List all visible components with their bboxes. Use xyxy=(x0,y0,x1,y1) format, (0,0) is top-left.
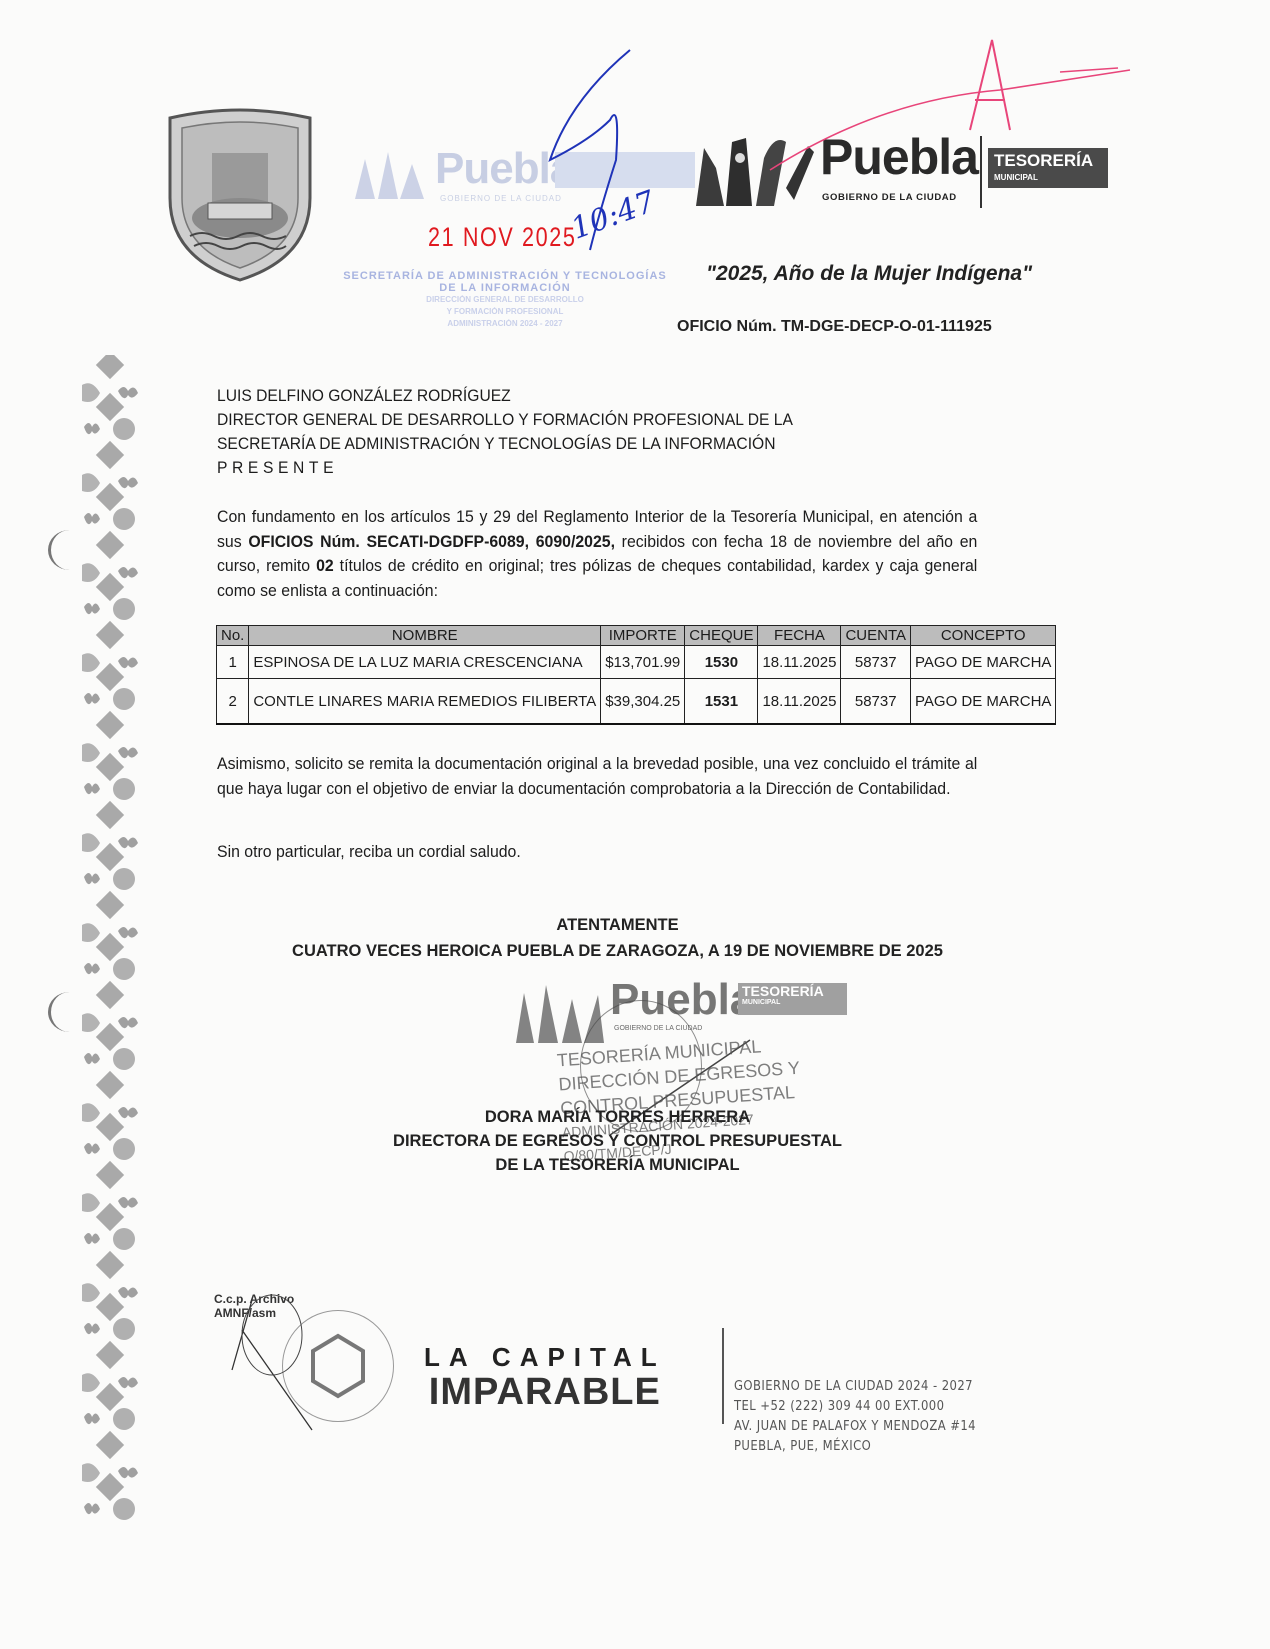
presente-label: PRESENTE xyxy=(217,456,879,480)
footer-divider xyxy=(722,1328,724,1424)
col-no: No. xyxy=(217,626,249,646)
city-date-line: CUATRO VECES HEROICA PUEBLA DE ZARAGOZA,… xyxy=(0,942,1235,961)
amount: 39,304.25 xyxy=(614,693,681,710)
oficios-reference: OFICIOS Núm. SECATI-DGDFP-6089, 6090/202… xyxy=(248,533,615,551)
cell-fecha: 18.11.2025 xyxy=(758,646,841,679)
contact-address: AV. JUAN DE PALAFOX Y MENDOZA #14 xyxy=(734,1416,976,1436)
cell-cuenta: 58737 xyxy=(841,646,911,679)
municipal-label: MUNICIPAL xyxy=(742,999,847,1006)
cell-no: 1 xyxy=(217,646,249,679)
titles-count: 02 xyxy=(316,557,334,575)
amount: 13,701.99 xyxy=(614,654,681,671)
binder-hole xyxy=(48,530,91,570)
table-header-row: No. NOMBRE IMPORTE CHEQUE FECHA CUENTA C… xyxy=(217,626,1056,646)
signer-department: DE LA TESORERÍA MUNICIPAL xyxy=(0,1156,1235,1175)
cell-concepto: PAGO DE MARCHA xyxy=(911,679,1056,725)
currency-symbol: $ xyxy=(605,693,613,710)
year-motto: "2025, Año de la Mujer Indígena" xyxy=(706,262,1032,286)
currency-symbol: $ xyxy=(605,654,613,671)
col-cuenta: CUENTA xyxy=(841,626,911,646)
cell-nombre: CONTLE LINARES MARIA REMEDIOS FILIBERTA xyxy=(249,679,601,725)
slogan-line1: LA CAPITAL xyxy=(424,1342,666,1373)
cell-nombre: ESPINOSA DE LA LUZ MARIA CRESCENCIANA xyxy=(249,646,601,679)
atentamente-label: ATENTAMENTE xyxy=(0,916,1235,935)
pink-initial-ink xyxy=(760,30,1140,180)
slogan-line2: IMPARABLE xyxy=(424,1373,666,1411)
addressee-title-line1: DIRECTOR GENERAL DE DESARROLLO Y FORMACI… xyxy=(217,408,879,432)
signer-role: DIRECTORA DE EGRESOS Y CONTROL PRESUPUES… xyxy=(0,1132,1235,1151)
faint-stamp-line: DE LA INFORMACIÓN xyxy=(330,282,680,294)
faint-stamp-line: ADMINISTRACIÓN 2024 - 2027 xyxy=(330,318,680,330)
signer-name: DORA MARÍA TORRES HERRERA xyxy=(0,1108,1235,1127)
footer-initials-ink xyxy=(212,1290,322,1440)
sig-tesoreria-badge: TESORERÍAMUNICIPAL xyxy=(738,983,847,1015)
col-importe: IMPORTE xyxy=(601,626,685,646)
binder-hole xyxy=(48,992,91,1032)
faint-stamp-line: SECRETARÍA DE ADMINISTRACIÓN Y TECNOLOGÍ… xyxy=(330,270,680,282)
contact-phone: TEL +52 (222) 309 44 00 EXT.000 xyxy=(734,1396,976,1416)
col-fecha: FECHA xyxy=(758,626,841,646)
cell-concepto: PAGO DE MARCHA xyxy=(911,646,1056,679)
city-emblem-icon xyxy=(350,144,430,204)
contact-line: GOBIERNO DE LA CIUDAD 2024 - 2027 xyxy=(734,1376,976,1396)
received-date-stamp: 21 NOV 2025 xyxy=(428,222,576,253)
addressee-block: LUIS DELFINO GONZÁLEZ RODRÍGUEZ DIRECTOR… xyxy=(217,384,879,480)
main-logo-subtitle: GOBIERNO DE LA CIUDAD xyxy=(822,192,957,203)
table-row: 2 CONTLE LINARES MARIA REMEDIOS FILIBERT… xyxy=(217,679,1056,725)
col-concepto: CONCEPTO xyxy=(911,626,1056,646)
table-row: 1 ESPINOSA DE LA LUZ MARIA CRESCENCIANA … xyxy=(217,646,1056,679)
addressee-name: LUIS DELFINO GONZÁLEZ RODRÍGUEZ xyxy=(217,384,879,408)
contact-block: GOBIERNO DE LA CIUDAD 2024 - 2027 TEL +5… xyxy=(734,1376,976,1456)
cell-fecha: 18.11.2025 xyxy=(758,679,841,725)
cell-importe: $39,304.25 xyxy=(601,679,685,725)
cheques-table: No. NOMBRE IMPORTE CHEQUE FECHA CUENTA C… xyxy=(216,625,1056,725)
cell-cheque: 1531 xyxy=(685,679,758,725)
oficio-number: OFICIO Núm. TM-DGE-DECP-O-01-111925 xyxy=(677,318,992,336)
addressee-title-line2: SECRETARÍA DE ADMINISTRACIÓN Y TECNOLOGÍ… xyxy=(217,432,879,456)
col-cheque: CHEQUE xyxy=(685,626,758,646)
cell-cuenta: 58737 xyxy=(841,679,911,725)
col-nombre: NOMBRE xyxy=(249,626,601,646)
city-crest-logo xyxy=(160,108,320,283)
contact-city: PUEBLA, PUE, MÉXICO xyxy=(734,1436,976,1456)
body-paragraph-1: Con fundamento en los artículos 15 y 29 … xyxy=(217,505,977,603)
body-paragraph-2: Asimismo, solicito se remita la document… xyxy=(217,752,977,801)
tesoreria-label: TESORERÍA xyxy=(742,983,824,999)
body-paragraph-3: Sin otro particular, reciba un cordial s… xyxy=(217,840,977,865)
la-capital-imparable-logo: LA CAPITAL IMPARABLE xyxy=(424,1342,666,1411)
received-faint-stamp: SECRETARÍA DE ADMINISTRACIÓN Y TECNOLOGÍ… xyxy=(330,270,680,330)
cell-importe: $13,701.99 xyxy=(601,646,685,679)
faint-stamp-line: Y FORMACIÓN PROFESIONAL xyxy=(330,306,680,318)
cell-no: 2 xyxy=(217,679,249,725)
faint-stamp-line: DIRECCIÓN GENERAL DE DESARROLLO xyxy=(330,294,680,306)
cell-cheque: 1530 xyxy=(685,646,758,679)
